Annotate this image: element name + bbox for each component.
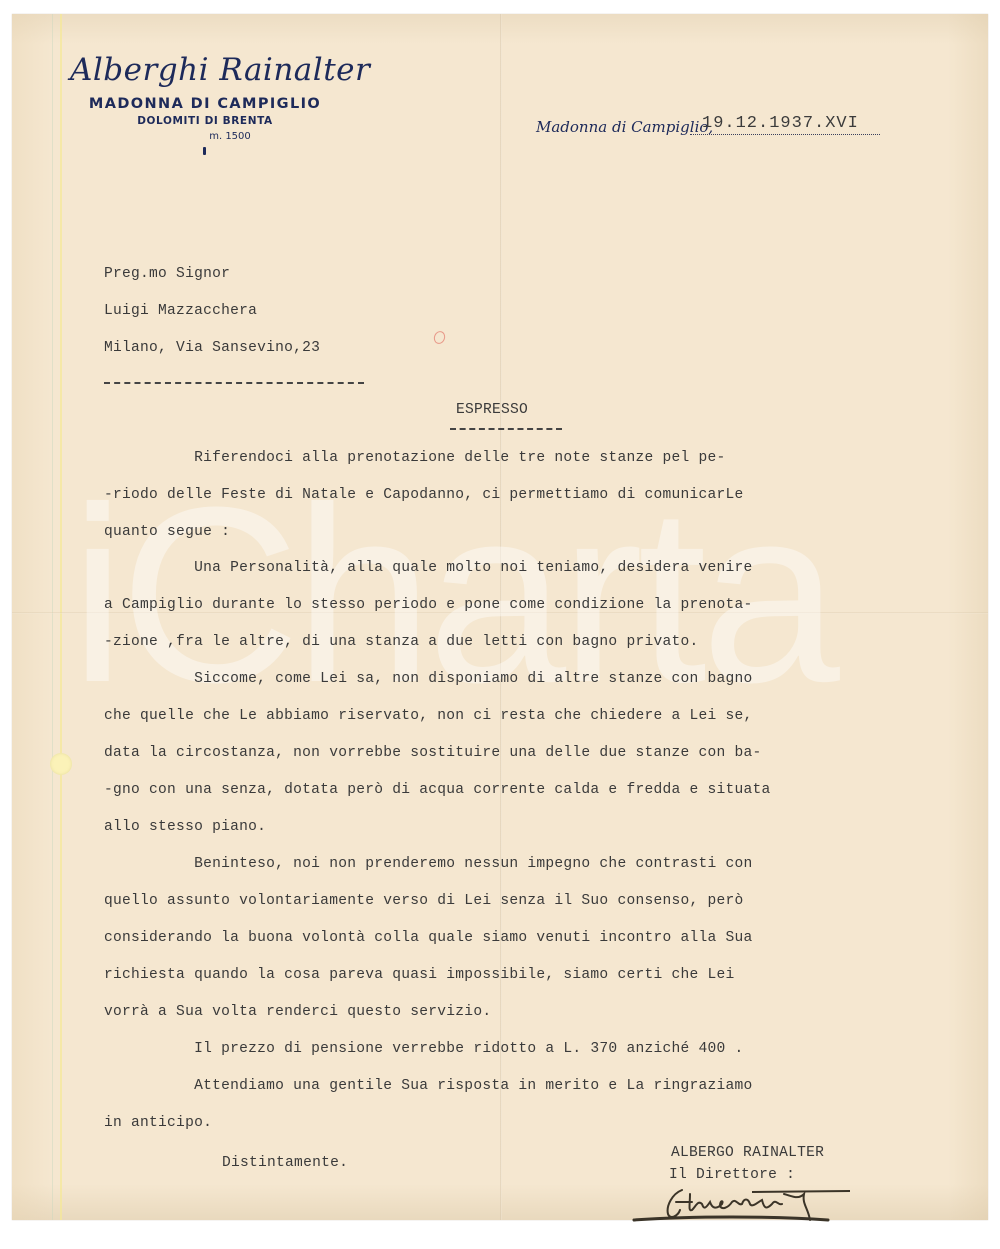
- body-line: richiesta quando la cosa pareva quasi im…: [104, 967, 735, 983]
- date-dotted-line: [690, 134, 880, 135]
- body-line: che quelle che Le abbiamo riservato, non…: [104, 708, 753, 724]
- body-line: Siccome, come Lei sa, non disponiamo di …: [104, 671, 753, 687]
- subject-heading: ESPRESSO: [456, 402, 528, 418]
- body-line: in anticipo.: [104, 1115, 212, 1131]
- recipient-name: Luigi Mazzacchera: [104, 303, 257, 319]
- vertical-fold: [500, 14, 502, 1220]
- recipient-address: Milano, Via Sansevino,23: [104, 340, 320, 356]
- body-line: allo stesso piano.: [104, 819, 266, 835]
- body-line: quanto segue :: [104, 524, 230, 540]
- body-line: vorrà a Sua volta renderci questo serviz…: [104, 1004, 491, 1020]
- body-line: Attendiamo una gentile Sua risposta in m…: [104, 1078, 753, 1094]
- body-line: Beninteso, noi non prenderemo nessun imp…: [104, 856, 753, 872]
- address-underline: [104, 382, 364, 384]
- body-line: Riferendoci alla prenotazione delle tre …: [104, 450, 726, 466]
- body-line: data la circostanza, non vorrebbe sostit…: [104, 745, 762, 761]
- body-line: Una Personalità, alla quale molto noi te…: [104, 560, 753, 576]
- letterhead-location: MADONNA DI CAMPIGLIO: [67, 96, 343, 112]
- margin-line-secondary: [52, 14, 53, 1220]
- handwritten-signature-icon: [632, 1180, 858, 1228]
- letterhead-tick-icon: [203, 147, 206, 155]
- date-place: Madonna di Campiglio,: [536, 118, 713, 136]
- body-line: considerando la buona volontà colla qual…: [104, 930, 753, 946]
- punch-hole-icon: [50, 753, 72, 775]
- signature-firm: ALBERGO RAINALTER: [671, 1145, 824, 1161]
- date-value: 19.12.1937.XVI: [702, 114, 859, 133]
- letterhead-brand: Alberghi Rainalter: [70, 52, 370, 88]
- recipient-salutation: Preg.mo Signor: [104, 266, 230, 282]
- body-line: -gno con una senza, dotata però di acqua…: [104, 782, 771, 798]
- dateline: Madonna di Campiglio, 19.12.1937.XVI: [536, 112, 886, 140]
- closing: Distintamente.: [222, 1155, 348, 1171]
- body-line: a Campiglio durante lo stesso periodo e …: [104, 597, 753, 613]
- letterhead-region: DOLOMITI DI BRENTA: [67, 115, 343, 127]
- margin-line: [60, 14, 62, 1220]
- body-line: -zione ,fra le altre, di una stanza a du…: [104, 634, 699, 650]
- body-line: quello assunto volontariamente verso di …: [104, 893, 744, 909]
- subject-underline: [450, 428, 562, 430]
- letterhead-altitude: m. 1500: [160, 131, 300, 142]
- body-line: -riodo delle Feste di Natale e Capodanno…: [104, 487, 744, 503]
- body-line: Il prezzo di pensione verrebbe ridotto a…: [104, 1041, 744, 1057]
